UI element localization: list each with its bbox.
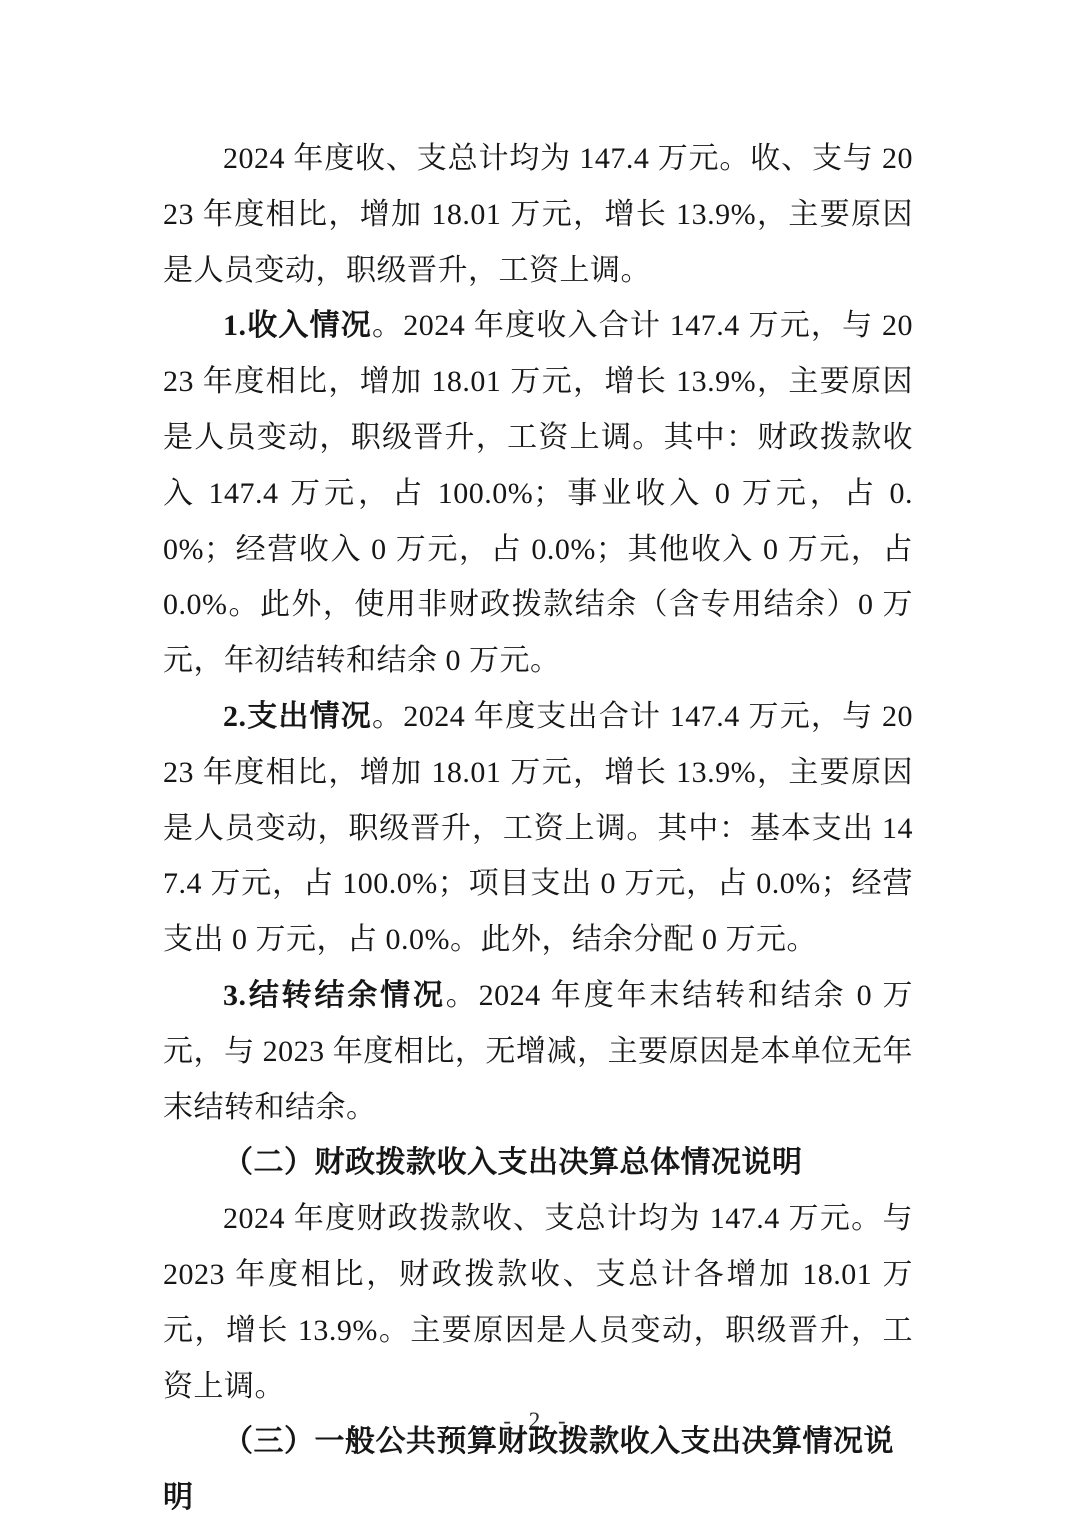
expense-section-label: 2.支出情况 (223, 700, 372, 733)
paragraph-overview-text: 2024 年度收、支总计均为 147.4 万元。收、支与 2023 年度相比，增… (163, 142, 913, 287)
expense-section-text: 。2024 年度支出合计 147.4 万元，与 2023 年度相比，增加 18.… (163, 700, 913, 956)
income-section-text: 。2024 年度收入合计 147.4 万元，与 2023 年度相比，增加 18.… (163, 309, 913, 677)
carryover-section-label: 3.结转结余情况 (223, 979, 446, 1012)
document-body: 2024 年度收、支总计均为 147.4 万元。收、支与 2023 年度相比，增… (163, 131, 913, 1520)
paragraph-income: 1.收入情况。2024 年度收入合计 147.4 万元，与 2023 年度相比，… (163, 298, 913, 689)
heading-section-2-text: （二）财政拨款收入支出决算总体情况说明 (223, 1146, 803, 1179)
paragraph-fiscal-overview: 2024 年度财政拨款收、支总计均为 147.4 万元。与 2023 年度相比，… (163, 1191, 913, 1414)
paragraph-fiscal-overview-text: 2024 年度财政拨款收、支总计均为 147.4 万元。与 2023 年度相比，… (163, 1202, 913, 1402)
page-footer: - 2 - (0, 1408, 1075, 1434)
income-section-label: 1.收入情况 (223, 309, 372, 342)
paragraph-carryover: 3.结转结余情况。2024 年度年末结转和结余 0 万元，与 2023 年度相比… (163, 968, 913, 1135)
paragraph-expense: 2.支出情况。2024 年度支出合计 147.4 万元，与 2023 年度相比，… (163, 689, 913, 968)
page-number: - 2 - (503, 1408, 571, 1433)
heading-section-2: （二）财政拨款收入支出决算总体情况说明 (163, 1135, 913, 1191)
heading-section-3-text: （三）一般公共预算财政拨款收入支出决算情况说明 (163, 1425, 894, 1514)
document-page: 2024 年度收、支总计均为 147.4 万元。收、支与 2023 年度相比，增… (0, 0, 1075, 1520)
paragraph-overview: 2024 年度收、支总计均为 147.4 万元。收、支与 2023 年度相比，增… (163, 131, 913, 298)
